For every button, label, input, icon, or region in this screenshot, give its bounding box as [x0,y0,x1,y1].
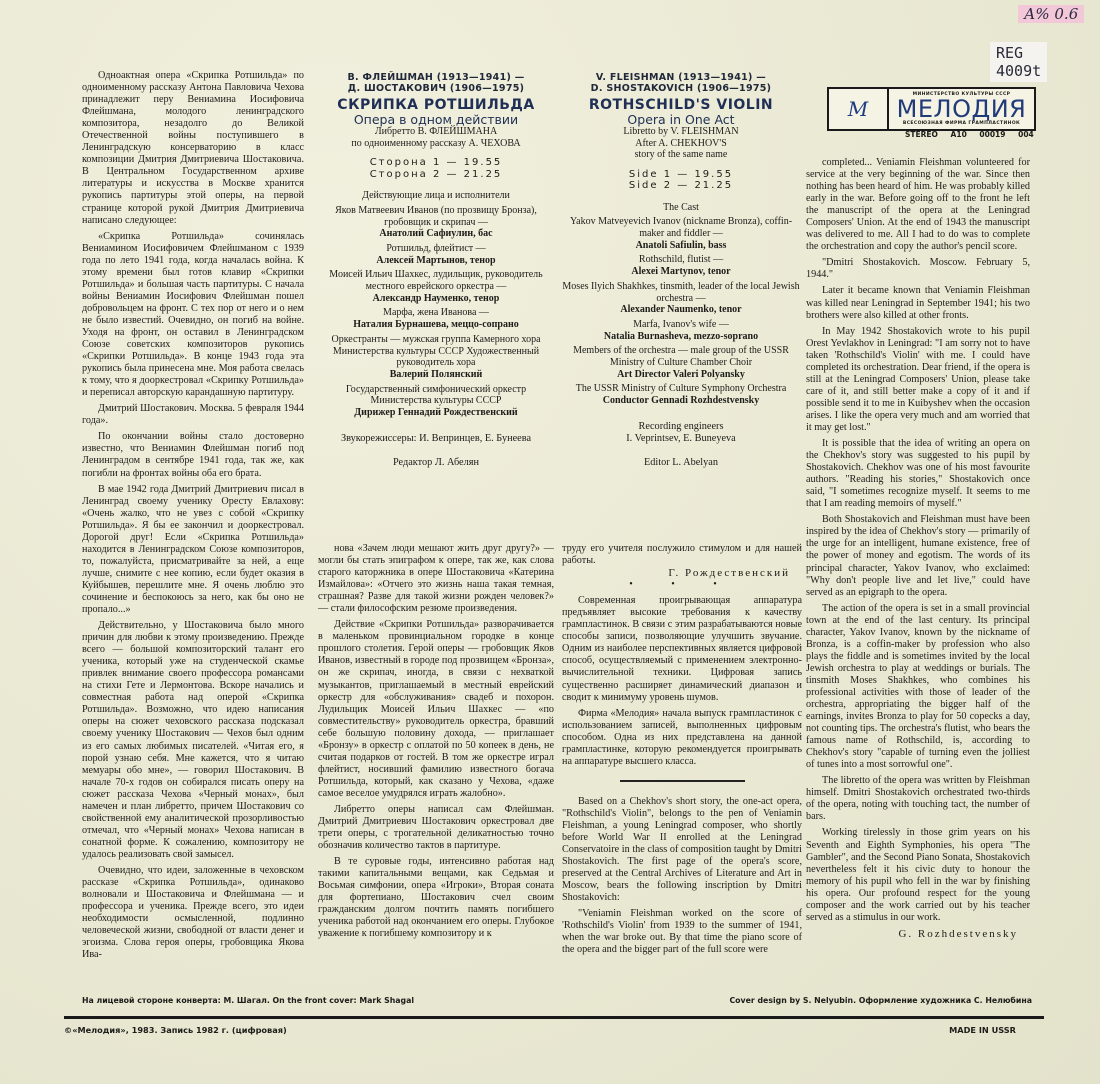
cast-entry: Ротшильд, флейтист —Алексей Мартынов, те… [318,243,554,266]
paragraph: Later it became known that Veniamin Flei… [806,285,1030,321]
composers-en: V. FLEISHMAN (1913—1941) — D. SHOSTAKOVI… [562,72,800,94]
title-en: ROTHSCHILD'S VIOLIN [562,99,800,111]
subtitle-en: Opera in One Act [562,114,800,126]
paragraph: Both Shostakovich and Fleishman must hav… [806,514,1030,598]
paragraph: completed... Veniamin Fleishman voluntee… [806,157,1030,253]
cast-entry: Marfa, Ivanov's wife —Natalia Burnasheva… [562,319,800,342]
cast-entry: Moses Ilyich Shakhkes, tinsmith, leader … [562,281,800,316]
paragraph: Либретто оперы написал сам Флейшман. Дми… [318,804,554,852]
cover-credits: На лицевой стороне конверта: М. Шагал. O… [82,996,1032,1005]
mixed-column-3: труду его учителя послужило стимулом и д… [562,543,802,960]
paragraph: The action of the opera is set in a smal… [806,603,1030,772]
paragraph: In May 1942 Shostakovich wrote to his pu… [806,326,1030,434]
paragraph: Одноактная опера «Скрипка Ротшильда» по … [82,70,304,227]
cast-entry: Государственный симфонический оркестр Ми… [318,384,554,419]
english-essay-column-4: completed... Veniamin Fleishman voluntee… [806,157,1030,940]
after-ru: по одноименному рассказу А. ЧЕХОВА [318,138,554,150]
side-durations-ru: Сторона 1 — 19.55 Сторона 2 — 21.25 [318,157,554,180]
cast-entry: Моисей Ильич Шахкес, лудильщик, руководи… [318,269,554,304]
cast-entry: Марфа, жена Иванова —Наталия Бурнашева, … [318,307,554,330]
separator-dots: • • • [562,579,802,591]
signature-ru: Г. Рождественский [562,567,790,579]
cast-entry: The USSR Ministry of Culture Symphony Or… [562,383,800,406]
paragraph: "Veniamin Fleishman worked on the score … [562,908,802,956]
divider [620,780,745,782]
composers-ru: В. ФЛЕЙШМАН (1913—1941) — Д. ШОСТАКОВИЧ … [318,72,554,94]
cast-entry: Яков Матвеевич Иванов (по прозвищу Бронз… [318,205,554,240]
russian-essay-column-2: нова «Зачем люди мешают жить друг другу?… [318,543,554,945]
cast-list-en: The Cast Yakov Matveyevich Ivanov (nickn… [562,202,800,407]
paragraph: The libretto of the opera was written by… [806,775,1030,823]
russian-essay-column-1: Одноактная опера «Скрипка Ротшильда» по … [82,70,304,965]
melodiya-logo: М МИНИСТЕРСТВО КУЛЬТУРЫ СССР МЕЛОДИЯ ВСЕ… [827,87,1036,131]
paragraph: Дмитрий Шостакович. Москва. 5 февраля 19… [82,403,304,427]
handwritten-note: А% 0.6 [1018,5,1084,23]
paragraph: «Скрипка Ротшильда» сочинялась Вениамино… [82,231,304,400]
paragraph: Based on a Chekhov's short story, the on… [562,796,802,904]
english-credits: V. FLEISHMAN (1913—1941) — D. SHOSTAKOVI… [562,72,800,481]
divider-bar [64,1016,1044,1019]
paragraph: Современная проигрывающая аппаратура пре… [562,595,802,703]
paragraph: Фирма «Мелодия» начала выпуск грампласти… [562,708,802,768]
cast-list-ru: Действующие лица и исполнители Яков Матв… [318,190,554,419]
paragraph: По окончании войны стало достоверно изве… [82,431,304,479]
cast-entry: Members of the orchestra — male group of… [562,345,800,380]
cast-entry: Yakov Matveyevich Ivanov (nickname Bronz… [562,216,800,251]
libretto-ru: Либретто В. ФЛЕЙШМАНА [318,126,554,138]
subtitle-ru: Опера в одном действии [318,114,554,126]
cast-entry: Rothschild, flutist —Alexei Martynov, te… [562,254,800,277]
paragraph: It is possible that the idea of writing … [806,438,1030,510]
paragraph: нова «Зачем люди мешают жить друг другу?… [318,543,554,615]
copyright-line: ©«Мелодия», 1983. Запись 1982 г. (цифров… [64,1025,1016,1035]
title-ru: СКРИПКА РОТШИЛЬДА [318,99,554,111]
catalog-number: STEREO А10 00019 004 [905,130,1034,139]
signature-en: G. Rozhdestvensky [806,928,1018,940]
side-durations-en: Side 1 — 19.55 Side 2 — 21.25 [562,169,800,192]
paragraph: Очевидно, что идеи, заложенные в чеховск… [82,865,304,961]
paragraph: Working tirelessly in those grim years o… [806,827,1030,923]
paragraph: "Dmitri Shostakovich. Moscow. February 5… [806,257,1030,281]
paragraph: В те суровые годы, интенсивно работая на… [318,856,554,940]
melodiya-emblem-icon: М [829,89,889,129]
paragraph: В мае 1942 года Дмитрий Дмитриевич писал… [82,484,304,617]
paragraph: Действительно, у Шостаковича было много … [82,620,304,861]
production-credits-en: Recording engineersI. Veprintsev, E. Bun… [562,421,800,469]
russian-credits: В. ФЛЕЙШМАН (1913—1941) — Д. ШОСТАКОВИЧ … [318,72,554,481]
handwritten-catalog-sticker: REG 4009t [990,42,1047,82]
cast-entry: Оркестранты — мужская группа Камерного х… [318,334,554,381]
libretto-en: Libretto by V. FLEISHMAN [562,126,800,138]
production-credits-ru: Звукорежиссеры: И. Вепринцев, Е. Бунеева… [318,433,554,469]
paragraph: Действие «Скрипки Ротшильда» разворачива… [318,619,554,800]
